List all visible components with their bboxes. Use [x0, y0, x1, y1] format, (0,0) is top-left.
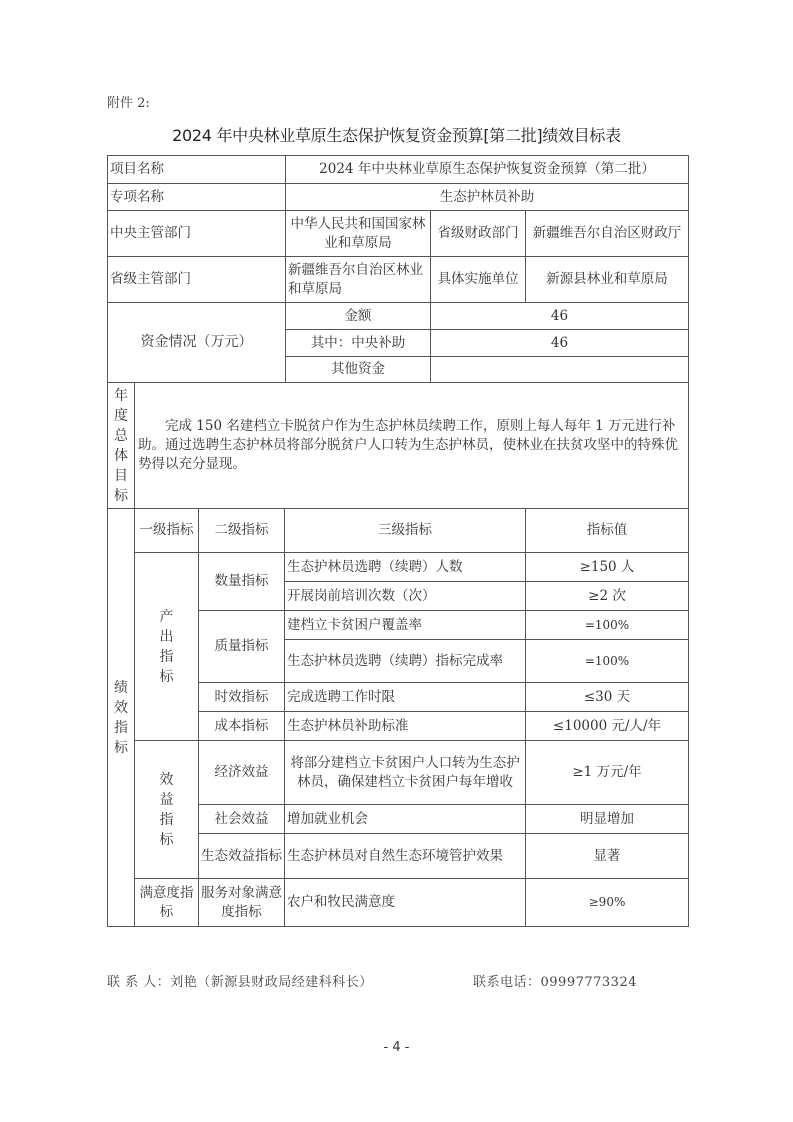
level1-output-text: 产出指标 [160, 607, 174, 687]
header-level1: 一级指标 [134, 508, 199, 553]
annual-goal-label-text: 年度总体目标 [114, 386, 128, 506]
level2-cost: 成本指标 [198, 711, 285, 741]
header-level3: 三级指标 [284, 508, 526, 553]
indicator-value: ≥1 万元/年 [525, 740, 689, 805]
indicator-value: =100% [525, 610, 689, 640]
contact-person: 联 系 人：刘艳（新源县财政局经建科科长） [107, 975, 373, 990]
special-name-value: 生态护林员补助 [285, 183, 689, 211]
prov-dept-label: 省级主管部门 [107, 256, 286, 303]
indicator-value: 显著 [525, 833, 689, 879]
level3-item: 将部分建档立卡贫困户人口转为生态护林员，确保建档立卡贫困户每年增收 [284, 740, 526, 805]
indicators-section-label: 绩效指标 [107, 508, 135, 927]
level2-economic: 经济效益 [198, 740, 285, 805]
level1-benefit: 效益指标 [134, 740, 199, 879]
project-name-value: 2024 年中央林业草原生态保护恢复资金预算（第二批） [285, 155, 689, 184]
indicator-value: ≥2 次 [525, 581, 689, 611]
level1-output: 产出指标 [134, 552, 199, 741]
prov-finance-value: 新疆维吾尔自治区财政厅 [525, 210, 689, 257]
indicator-value: ≥90% [525, 878, 689, 927]
indicator-value: =100% [525, 639, 689, 683]
other-funds-value [430, 356, 689, 383]
central-subsidy-value: 46 [430, 329, 689, 357]
special-name-label: 专项名称 [107, 183, 286, 211]
annual-goal-text: 完成 150 名建档立卡脱贫户作为生态护林员续聘工作，原则上每人每年 1 万元进… [134, 382, 689, 509]
contact-info: 联 系 人：刘艳（新源县财政局经建科科长） 联系电话：09997773324 [107, 971, 373, 990]
level3-item: 生态护林员选聘（续聘）指标完成率 [284, 639, 526, 683]
level2-timeliness: 时效指标 [198, 682, 285, 712]
central-subsidy-label: 其中：中央补助 [285, 329, 431, 357]
level3-item: 生态护林员对自然生态环境管护效果 [284, 833, 526, 879]
indicator-value: ≤30 天 [525, 682, 689, 712]
amount-value: 46 [430, 302, 689, 330]
level2-quantity: 数量指标 [198, 552, 285, 611]
level2-social: 社会效益 [198, 804, 285, 834]
level2-ecological: 生态效益指标 [198, 833, 285, 879]
indicators-section-label-text: 绩效指标 [114, 678, 128, 758]
impl-unit-label: 具体实施单位 [430, 256, 526, 303]
level1-satisfaction: 满意度指标 [134, 878, 199, 927]
level2-quality: 质量指标 [198, 610, 285, 683]
page-number: - 4 - [0, 1040, 793, 1055]
funds-label: 资金情况（万元） [107, 302, 286, 383]
other-funds-label: 其他资金 [285, 356, 431, 383]
central-dept-label: 中央主管部门 [107, 210, 286, 257]
level2-service-satisfaction: 服务对象满意度指标 [198, 878, 285, 927]
page-title: 2024 年中央林业草原生态保护恢复资金预算[第二批]绩效目标表 [0, 123, 793, 146]
header-value: 指标值 [525, 508, 689, 553]
level3-item: 生态护林员选聘（续聘）人数 [284, 552, 526, 582]
level3-item: 农户和牧民满意度 [284, 878, 526, 927]
indicator-value: ≥150 人 [525, 552, 689, 582]
prov-finance-label: 省级财政部门 [430, 210, 526, 257]
project-name-label: 项目名称 [107, 155, 286, 184]
level3-item: 增加就业机会 [284, 804, 526, 834]
annual-goal-label: 年度总体目标 [107, 382, 135, 509]
attachment-label: 附件 2: [107, 92, 150, 111]
indicator-value: ≤10000 元/人/年 [525, 711, 689, 741]
level1-benefit-text: 效益指标 [160, 770, 174, 850]
annual-goal-paragraph: 完成 150 名建档立卡脱贫户作为生态护林员续聘工作，原则上每人每年 1 万元进… [138, 417, 685, 474]
central-dept-value: 中华人民共和国国家林业和草原局 [285, 210, 431, 257]
level3-item: 完成选聘工作时限 [284, 682, 526, 712]
prov-dept-value: 新疆维吾尔自治区林业和草原局 [285, 256, 431, 303]
level3-item: 开展岗前培训次数（次） [284, 581, 526, 611]
level3-item: 生态护林员补助标准 [284, 711, 526, 741]
header-level2: 二级指标 [198, 508, 285, 553]
indicator-value: 明显增加 [525, 804, 689, 834]
contact-phone: 联系电话：09997773324 [473, 971, 637, 990]
amount-label: 金额 [285, 302, 431, 330]
level3-item: 建档立卡贫困户覆盖率 [284, 610, 526, 640]
impl-unit-value: 新源县林业和草原局 [525, 256, 689, 303]
